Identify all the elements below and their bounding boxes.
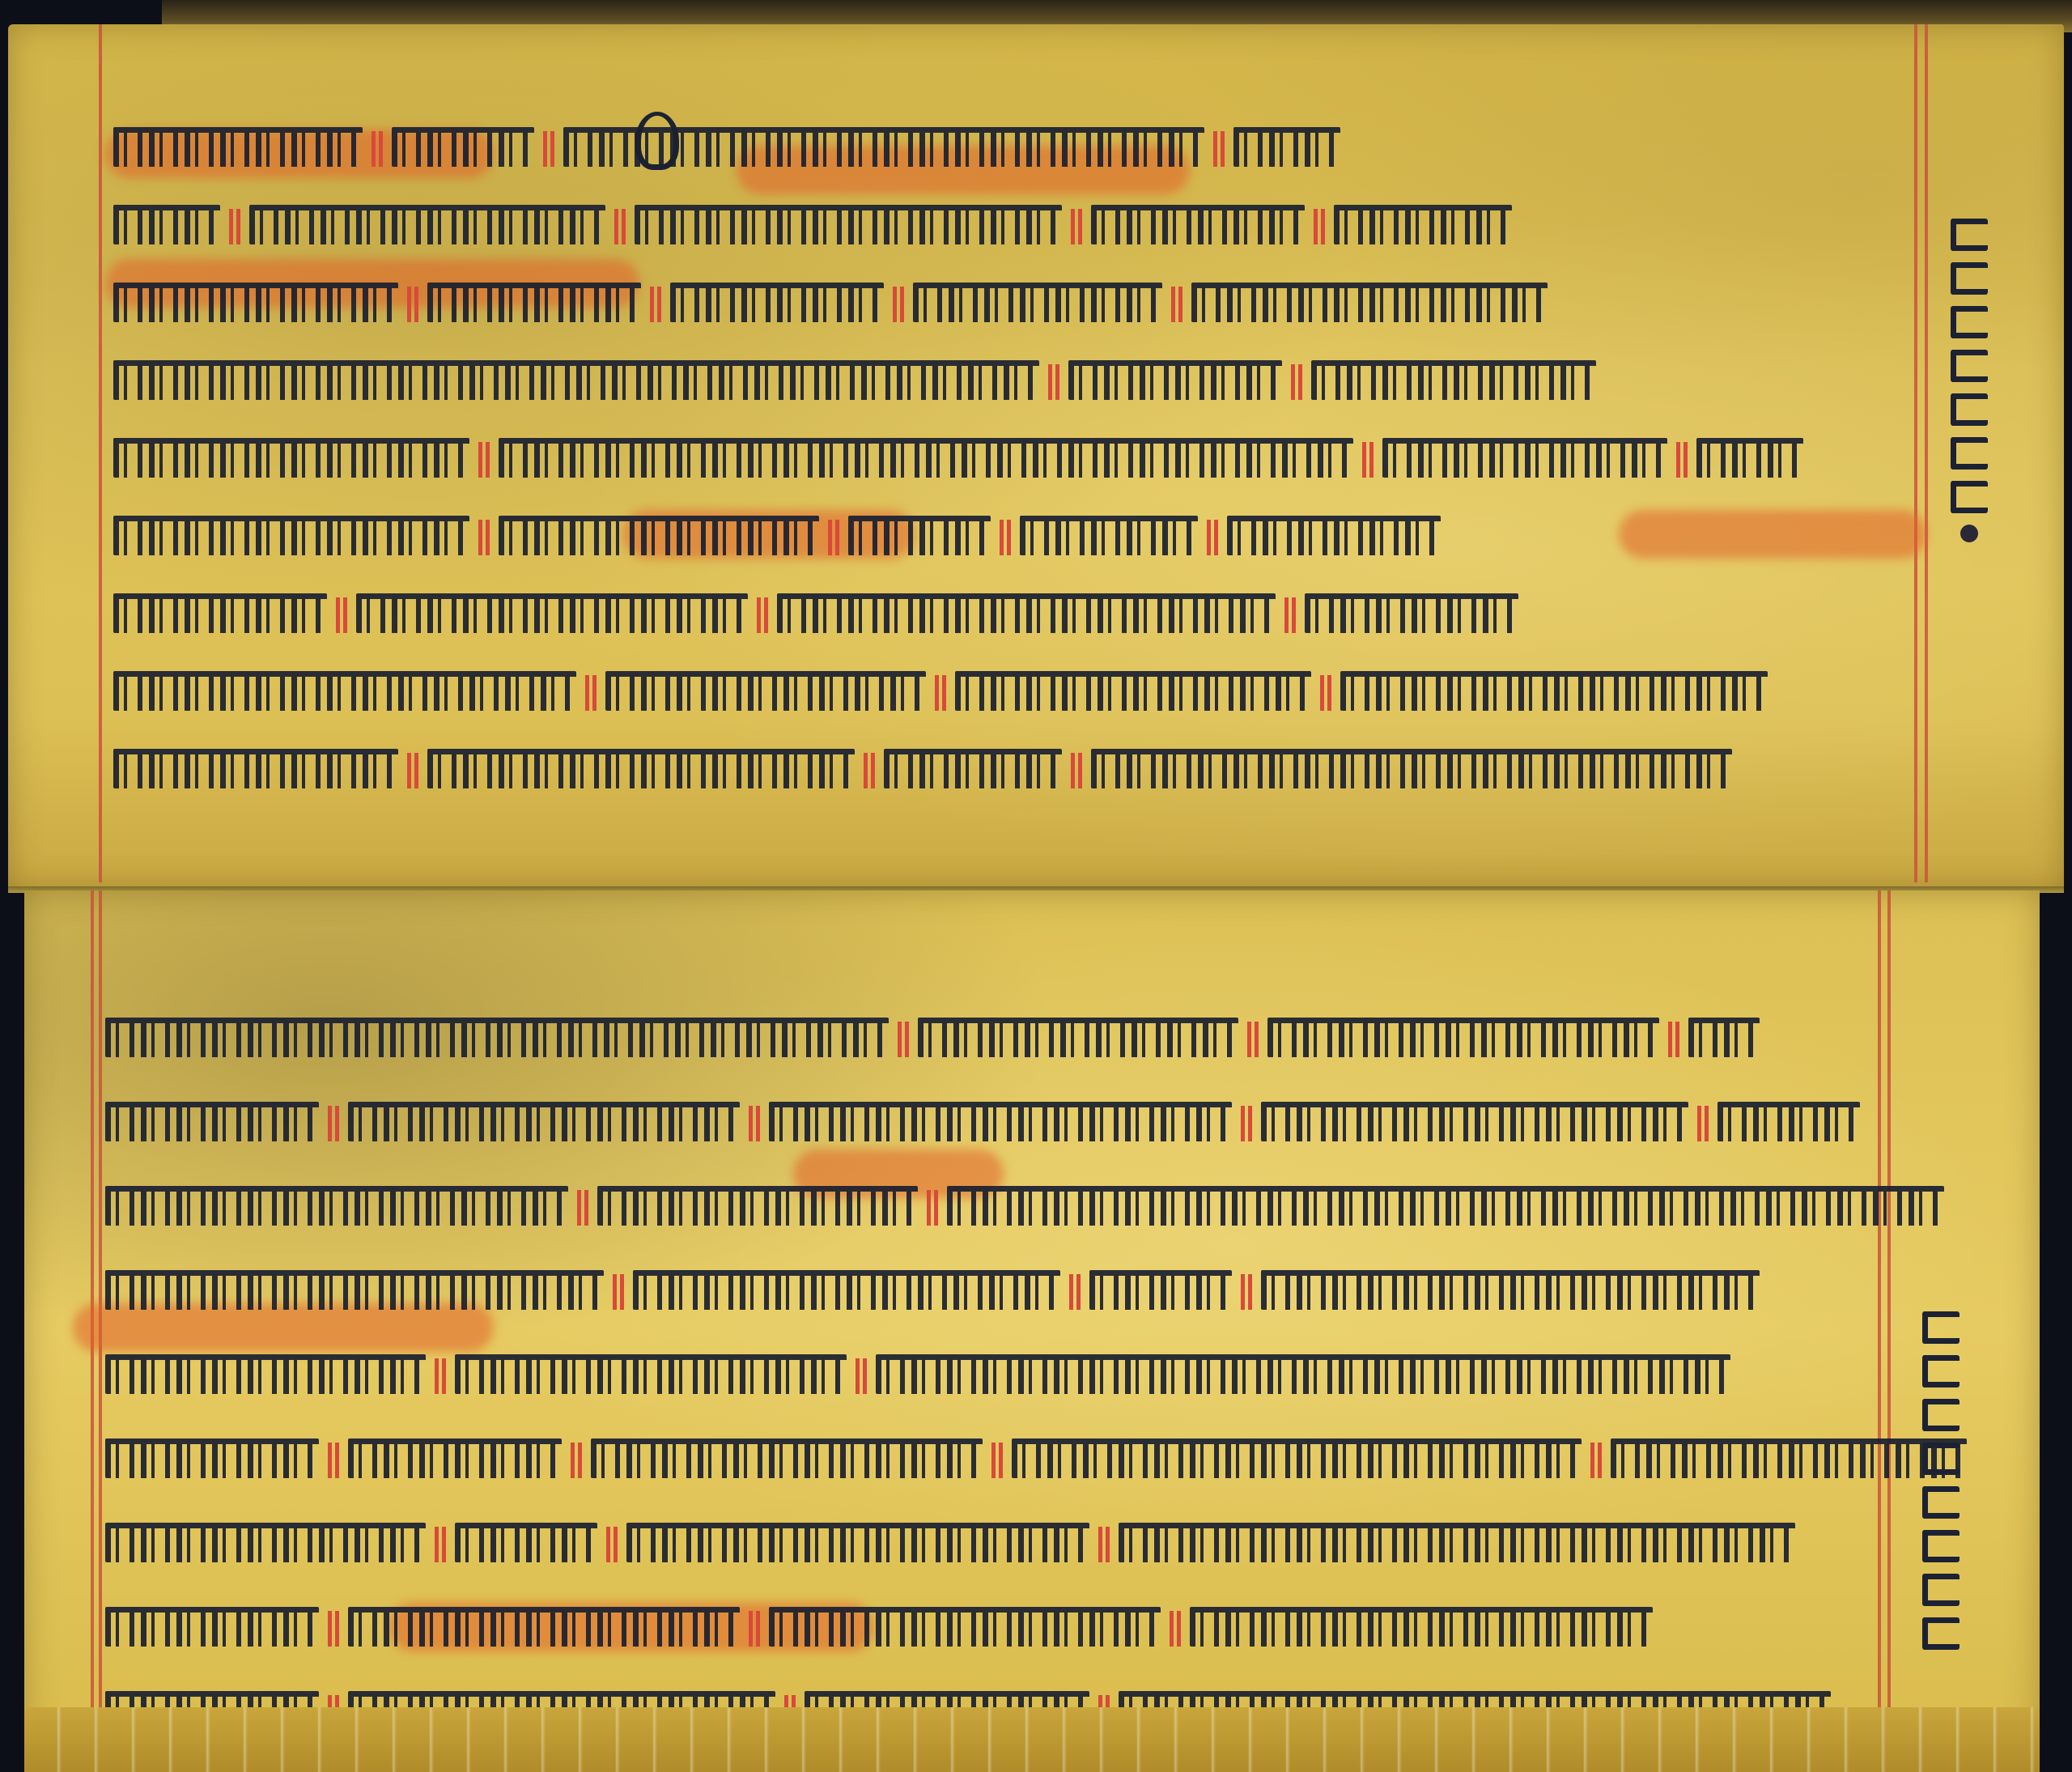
script-word-group <box>105 1018 889 1057</box>
script-word-group <box>113 749 398 788</box>
script-word-group <box>777 593 1276 633</box>
manuscript-line <box>105 1096 1860 1141</box>
danda-mark-icon <box>1067 1274 1083 1310</box>
script-word-group <box>105 1607 319 1647</box>
manuscript-line <box>113 355 1596 400</box>
danda-mark-icon <box>583 675 599 711</box>
manuscript-line <box>105 1349 1730 1394</box>
script-word-group <box>113 127 363 167</box>
margin-glyph-icon <box>1951 481 1988 513</box>
lower-folio-margin-label <box>1922 1311 1959 1650</box>
script-word-group <box>105 1102 319 1141</box>
script-word-group <box>884 749 1062 788</box>
script-word-group <box>113 671 576 711</box>
lower-folio <box>24 890 2040 1772</box>
danda-mark-icon <box>1238 1106 1255 1141</box>
script-word-group <box>1261 1102 1688 1141</box>
manuscript-line <box>113 510 1441 555</box>
manuscript-line <box>113 121 1340 167</box>
danda-mark-icon <box>989 1443 1005 1478</box>
script-word-group <box>1089 1270 1232 1310</box>
danda-mark-icon <box>890 287 906 322</box>
script-word-group <box>1382 438 1667 478</box>
script-word-group <box>113 438 469 478</box>
right-margin-rule-inner <box>1925 24 1928 882</box>
script-word-group <box>348 1607 740 1647</box>
script-word-group <box>1191 283 1548 322</box>
manuscript-line <box>113 665 1768 711</box>
margin-glyph-icon <box>1922 1617 1959 1650</box>
upper-folio-margin-label <box>1951 219 1988 542</box>
protective-plastic-edge <box>24 1707 2040 1772</box>
danda-mark-icon <box>1588 1443 1604 1478</box>
margin-glyph-icon <box>1951 437 1988 470</box>
script-word-group <box>1688 1018 1760 1057</box>
danda-mark-icon <box>1311 209 1327 244</box>
danda-mark-icon <box>610 1274 626 1310</box>
script-word-group <box>113 516 469 555</box>
script-word-group <box>1340 671 1768 711</box>
danda-mark-icon <box>647 287 664 322</box>
margin-glyph-icon <box>1922 1355 1959 1387</box>
script-word-group <box>348 1438 562 1478</box>
script-word-group <box>392 127 534 167</box>
rubric-highlight <box>1619 510 1926 559</box>
danda-mark-icon <box>325 1611 342 1647</box>
danda-mark-icon <box>895 1022 911 1057</box>
danda-mark-icon <box>432 1358 448 1394</box>
danda-mark-icon <box>1245 1022 1261 1057</box>
left-margin-rule <box>99 24 102 882</box>
script-word-group <box>1334 205 1512 244</box>
script-word-group <box>605 671 926 711</box>
script-word-group <box>1261 1270 1760 1310</box>
upper-folio <box>8 24 2064 890</box>
danda-mark-icon <box>1695 1106 1711 1141</box>
rubric-highlight <box>73 1303 494 1352</box>
script-word-group <box>597 1186 918 1226</box>
danda-mark-icon <box>541 131 557 167</box>
right-margin-rule-inner <box>1887 890 1891 1772</box>
danda-mark-icon <box>1068 209 1085 244</box>
script-word-group <box>591 1438 983 1478</box>
script-word-group <box>1611 1438 1967 1478</box>
danda-mark-icon <box>932 675 949 711</box>
manuscript-photo <box>0 0 2072 1772</box>
script-word-group <box>499 438 1353 478</box>
script-word-group <box>105 1270 604 1310</box>
script-word-group <box>499 516 819 555</box>
script-word-group <box>626 1523 1089 1562</box>
script-word-group <box>105 1523 426 1562</box>
script-word-group <box>635 205 1062 244</box>
danda-mark-icon <box>754 597 771 633</box>
danda-mark-icon <box>1289 364 1305 400</box>
script-word-group <box>249 205 605 244</box>
margin-glyph-icon <box>1951 219 1988 251</box>
margin-glyph-icon <box>1922 1399 1959 1431</box>
danda-mark-icon <box>997 520 1013 555</box>
danda-mark-icon <box>1068 753 1085 788</box>
script-word-group <box>1233 127 1340 167</box>
script-word-group <box>913 283 1162 322</box>
danda-mark-icon <box>1169 287 1185 322</box>
script-word-group <box>955 671 1311 711</box>
manuscript-line <box>105 1601 1653 1647</box>
script-word-group <box>1119 1523 1795 1562</box>
script-word-group <box>455 1523 597 1562</box>
danda-mark-icon <box>612 209 628 244</box>
script-word-group <box>918 1018 1238 1057</box>
right-margin-rule <box>1878 890 1881 1772</box>
script-word-group <box>113 593 327 633</box>
danda-mark-icon <box>1096 1527 1112 1562</box>
script-word-group <box>113 360 1039 400</box>
script-word-group <box>105 1438 319 1478</box>
danda-mark-icon <box>405 753 421 788</box>
danda-mark-icon <box>432 1527 448 1562</box>
danda-mark-icon <box>476 442 492 478</box>
danda-mark-icon <box>924 1190 940 1226</box>
script-word-group <box>1012 1438 1582 1478</box>
script-word-group <box>947 1186 1944 1226</box>
danda-mark-icon <box>1167 1611 1183 1647</box>
manuscript-line <box>105 1264 1760 1310</box>
danda-mark-icon <box>476 520 492 555</box>
margin-glyph-icon <box>1951 306 1988 338</box>
script-word-group <box>769 1102 1232 1141</box>
margin-glyph-icon <box>1922 1574 1959 1606</box>
script-word-group <box>1311 360 1596 400</box>
manuscript-line <box>105 1012 1760 1057</box>
danda-mark-icon <box>861 753 877 788</box>
danda-mark-icon <box>575 1190 591 1226</box>
script-word-group <box>455 1354 847 1394</box>
danda-mark-icon <box>1674 442 1690 478</box>
script-word-group <box>1190 1607 1653 1647</box>
margin-glyph-icon <box>1951 350 1988 382</box>
script-word-group <box>113 283 398 322</box>
danda-mark-icon <box>325 1106 342 1141</box>
script-word-group <box>1305 593 1518 633</box>
script-word-group <box>427 749 855 788</box>
margin-glyph-icon <box>1922 1486 1959 1519</box>
script-word-group <box>113 205 220 244</box>
script-word-group <box>1696 438 1803 478</box>
margin-dot-icon <box>1960 525 1978 542</box>
manuscript-line <box>113 277 1548 322</box>
danda-mark-icon <box>1238 1274 1255 1310</box>
danda-mark-icon <box>333 597 350 633</box>
margin-glyph-icon <box>1922 1443 1959 1475</box>
script-word-group <box>348 1102 740 1141</box>
danda-mark-icon <box>325 1443 342 1478</box>
danda-mark-icon <box>853 1358 869 1394</box>
manuscript-line <box>105 1180 1944 1226</box>
script-word-group <box>876 1354 1730 1394</box>
danda-mark-icon <box>604 1527 620 1562</box>
danda-mark-icon <box>1211 131 1227 167</box>
script-word-group <box>427 283 641 322</box>
script-word-group <box>848 516 991 555</box>
script-word-group <box>1091 205 1305 244</box>
script-word-group <box>1267 1018 1659 1057</box>
script-word-group <box>1717 1102 1860 1141</box>
danda-mark-icon <box>746 1611 762 1647</box>
manuscript-line <box>113 199 1512 244</box>
manuscript-line <box>113 588 1518 633</box>
danda-mark-icon <box>826 520 842 555</box>
script-word-group <box>769 1607 1161 1647</box>
script-word-group <box>1227 516 1441 555</box>
script-word-group <box>356 593 748 633</box>
right-margin-rule <box>1914 24 1917 882</box>
margin-glyph-icon <box>1922 1311 1959 1344</box>
danda-mark-icon <box>1318 675 1334 711</box>
danda-mark-icon <box>746 1106 762 1141</box>
danda-mark-icon <box>1204 520 1221 555</box>
script-word-group <box>1020 516 1198 555</box>
margin-glyph-icon <box>1922 1530 1959 1562</box>
script-word-group <box>105 1186 568 1226</box>
danda-mark-icon <box>568 1443 584 1478</box>
script-word-group <box>563 127 1204 167</box>
script-word-group <box>1068 360 1282 400</box>
manuscript-line <box>113 432 1803 478</box>
script-word-group <box>670 283 884 322</box>
script-word-group <box>633 1270 1060 1310</box>
script-word-group <box>105 1354 426 1394</box>
manuscript-line <box>105 1517 1795 1562</box>
script-word-group <box>1091 749 1732 788</box>
danda-mark-icon <box>369 131 385 167</box>
manuscript-line <box>105 1433 1967 1478</box>
danda-mark-icon <box>1046 364 1062 400</box>
danda-mark-icon <box>1282 597 1298 633</box>
danda-mark-icon <box>405 287 421 322</box>
danda-mark-icon <box>1360 442 1376 478</box>
margin-glyph-icon <box>1951 262 1988 295</box>
danda-mark-icon <box>1666 1022 1682 1057</box>
danda-mark-icon <box>227 209 243 244</box>
margin-glyph-icon <box>1951 393 1988 426</box>
manuscript-line <box>113 743 1732 788</box>
